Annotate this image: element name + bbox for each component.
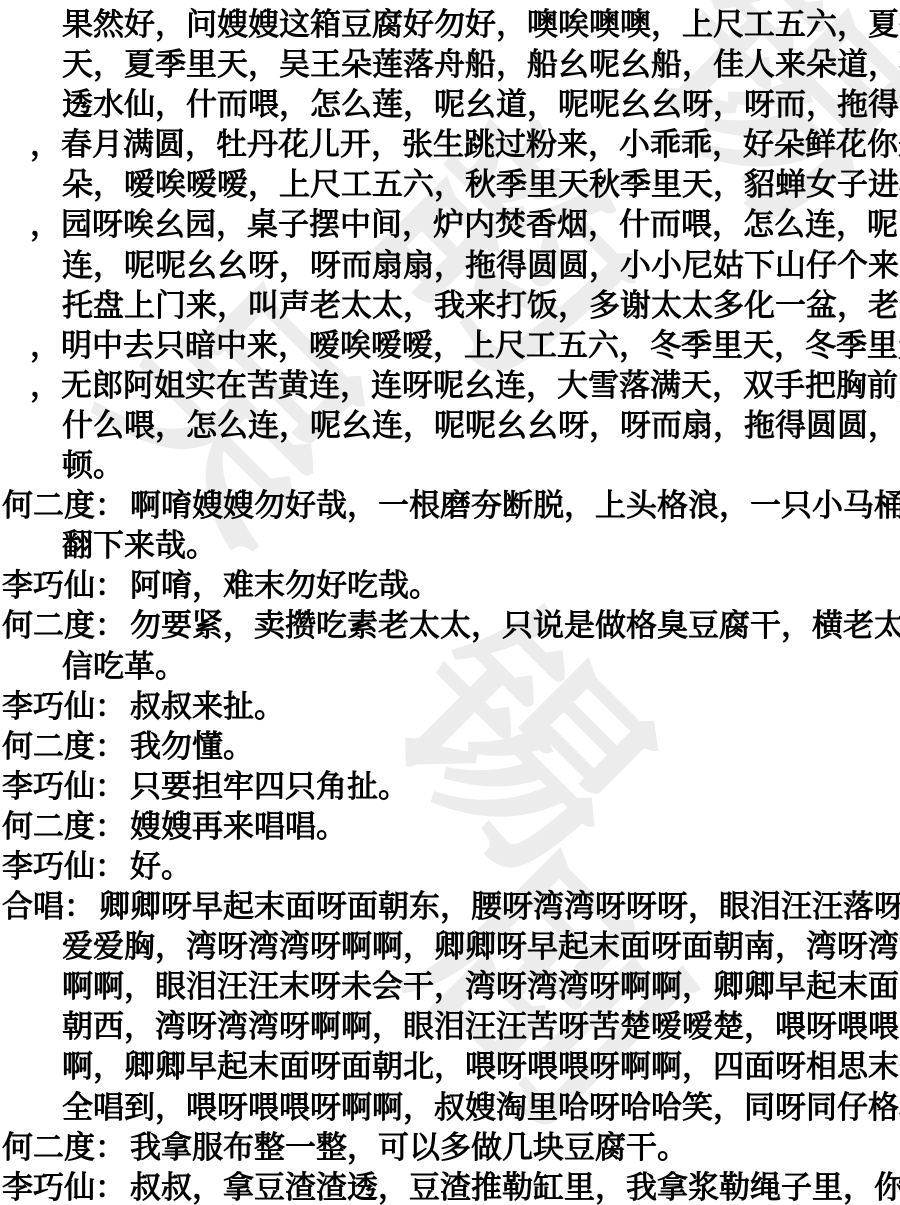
script-line: 连，呢呢幺幺呀，呀而扇扇，拖得圆圆，小小尼姑下山仔个来，手 bbox=[0, 246, 900, 286]
script-page: 吴韵锡锡剧 果然好，问嫂嫂这箱豆腐好勿好，噢唉噢噢，上尺工五六，夏季里天，夏季里… bbox=[0, 0, 900, 1205]
script-line: 合唱：卿卿呀早起末面呀面朝东，腰呀湾湾呀呀呀，眼泪汪汪落呀落在 bbox=[0, 887, 900, 927]
dialogue-text: 信吃革。 bbox=[62, 649, 186, 684]
speaker-name: 何二度： bbox=[2, 608, 126, 643]
script-line: 李巧仙：只要担牢四只角扯。 bbox=[0, 767, 900, 807]
dialogue-text: 全唱到，喂呀喂喂呀啊啊，叔嫂淘里哈呀哈哈笑，同呀同仔格老。 bbox=[62, 1090, 900, 1125]
dialogue-text: ，无郎阿姐实在苦黄连，连呀呢幺连，大雪落满天，双手把胸前， bbox=[30, 368, 900, 403]
script-body: 果然好，问嫂嫂这箱豆腐好勿好，噢唉噢噢，上尺工五六，夏季里天，夏季里天，吴王朵莲… bbox=[0, 0, 900, 1205]
dialogue-text: 我拿服布整一整，可以多做几块豆腐干。 bbox=[130, 1130, 688, 1165]
script-line: 何二度：我勿懂。 bbox=[0, 727, 900, 767]
dialogue-text: 朵，嗳唉嗳嗳，上尺工五六，秋季里天秋季里天，貂蝉女子进花园 bbox=[62, 167, 900, 202]
script-line: 顿。 bbox=[0, 446, 900, 486]
script-line: ，园呀唉幺园，桌子摆中间，炉内焚香烟，什而喂，怎么连，呢幺 bbox=[0, 205, 900, 245]
dialogue-text: 好。 bbox=[130, 849, 192, 884]
script-line: 托盘上门来，叫声老太太，我来打饭，多谢太太多化一盆，老太太 bbox=[0, 286, 900, 326]
dialogue-text: 卿卿呀早起末面呀面朝东，腰呀湾湾呀呀呀，眼泪汪汪落呀落在 bbox=[99, 889, 900, 924]
dialogue-text: 勿要紧，卖攒吃素老太太，只说是做格臭豆腐干，横老太太相 bbox=[130, 608, 900, 643]
dialogue-text: 爱爱胸，湾呀湾湾呀啊啊，卿卿呀早起末面呀面朝南，湾呀湾湾呀 bbox=[62, 929, 900, 964]
speaker-name: 何二度： bbox=[2, 809, 126, 844]
script-line: 何二度：嫂嫂再来唱唱。 bbox=[0, 807, 900, 847]
dialogue-text: 叔叔来扯。 bbox=[130, 689, 285, 724]
dialogue-text: 阿唷，难末勿好吃哉。 bbox=[130, 568, 440, 603]
dialogue-text: 翻下来哉。 bbox=[62, 528, 217, 563]
script-line: 李巧仙：阿唷，难末勿好吃哉。 bbox=[0, 566, 900, 606]
dialogue-text: 啊啊，眼泪汪汪末呀未会干，湾呀湾湾呀啊啊，卿卿早起末面呀面 bbox=[62, 969, 900, 1004]
script-line: 信吃革。 bbox=[0, 647, 900, 687]
script-line: 李巧仙：叔叔，拿豆渣渣透，豆渣推勒缸里，我拿浆勒绳子里，你来浆 bbox=[0, 1168, 900, 1205]
speaker-name: 李巧仙： bbox=[2, 689, 126, 724]
speaker-name: 何二度： bbox=[2, 488, 126, 523]
dialogue-text: ，园呀唉幺园，桌子摆中间，炉内焚香烟，什而喂，怎么连，呢幺 bbox=[30, 207, 900, 242]
script-line: 李巧仙：好。 bbox=[0, 847, 900, 887]
dialogue-text: 啊，卿卿早起末面呀面朝北，喂呀喂喂呀啊啊，四面呀相思末全呀 bbox=[62, 1049, 900, 1084]
dialogue-text: 天，夏季里天，吴王朵莲落舟船，船幺呢幺船，佳人来朵道，荷花 bbox=[62, 47, 900, 82]
script-line: 果然好，问嫂嫂这箱豆腐好勿好，噢唉噢噢，上尺工五六，夏季里 bbox=[0, 5, 900, 45]
dialogue-text: 朝西，湾呀湾湾呀啊啊，眼泪汪汪苦呀苦楚嗳嗳楚，喂呀喂喂呀啊 bbox=[62, 1009, 900, 1044]
script-line: 何二度：勿要紧，卖攒吃素老太太，只说是做格臭豆腐干，横老太太相 bbox=[0, 606, 900, 646]
speaker-name: 李巧仙： bbox=[2, 1170, 126, 1205]
dialogue-text: ，明中去只暗中来，嗳唉嗳嗳，上尺工五六，冬季里天，冬季里天 bbox=[30, 328, 900, 363]
dialogue-text: 果然好，问嫂嫂这箱豆腐好勿好，噢唉噢噢，上尺工五六，夏季里 bbox=[62, 7, 900, 42]
dialogue-text: 顿。 bbox=[62, 448, 124, 483]
script-line: 透水仙，什而喂，怎么莲，呢幺道，呢呢幺幺呀，呀而，拖得圆圆 bbox=[0, 85, 900, 125]
dialogue-text: 嫂嫂再来唱唱。 bbox=[130, 809, 347, 844]
script-line: 全唱到，喂呀喂喂呀啊啊，叔嫂淘里哈呀哈哈笑，同呀同仔格老。 bbox=[0, 1088, 900, 1128]
script-line: 朝西，湾呀湾湾呀啊啊，眼泪汪汪苦呀苦楚嗳嗳楚，喂呀喂喂呀啊 bbox=[0, 1007, 900, 1047]
dialogue-text: 我勿懂。 bbox=[130, 729, 254, 764]
speaker-name: 何二度： bbox=[2, 1130, 126, 1165]
dialogue-text: 什么喂，怎么连，呢幺连，呢呢幺幺呀，呀而扇，拖得圆圆，白翰 bbox=[62, 408, 900, 443]
script-line: 何二度：我拿服布整一整，可以多做几块豆腐干。 bbox=[0, 1128, 900, 1168]
dialogue-text: ，春月满圆，牡丹花儿开，张生跳过粉来，小乖乖，好朵鲜花你来 bbox=[30, 127, 900, 162]
script-line: ，明中去只暗中来，嗳唉嗳嗳，上尺工五六，冬季里天，冬季里天 bbox=[0, 326, 900, 366]
dialogue-text: 托盘上门来，叫声老太太，我来打饭，多谢太太多化一盆，老太太 bbox=[62, 288, 900, 323]
script-line: 什么喂，怎么连，呢幺连，呢呢幺幺呀，呀而扇，拖得圆圆，白翰 bbox=[0, 406, 900, 446]
speaker-name: 合唱： bbox=[2, 889, 95, 924]
script-line: 朵，嗳唉嗳嗳，上尺工五六，秋季里天秋季里天，貂蝉女子进花园 bbox=[0, 165, 900, 205]
dialogue-text: 透水仙，什而喂，怎么莲，呢幺道，呢呢幺幺呀，呀而，拖得圆圆 bbox=[62, 87, 900, 122]
script-line: 爱爱胸，湾呀湾湾呀啊啊，卿卿呀早起末面呀面朝南，湾呀湾湾呀 bbox=[0, 927, 900, 967]
dialogue-text: 啊唷嫂嫂勿好哉，一根磨夯断脱，上头格浪，一只小马桶，打 bbox=[130, 488, 900, 523]
script-line: ，无郎阿姐实在苦黄连，连呀呢幺连，大雪落满天，双手把胸前， bbox=[0, 366, 900, 406]
dialogue-text: 叔叔，拿豆渣渣透，豆渣推勒缸里，我拿浆勒绳子里，你来浆 bbox=[130, 1170, 900, 1205]
speaker-name: 李巧仙： bbox=[2, 568, 126, 603]
script-line: 啊啊，眼泪汪汪末呀未会干，湾呀湾湾呀啊啊，卿卿早起末面呀面 bbox=[0, 967, 900, 1007]
dialogue-text: 只要担牢四只角扯。 bbox=[130, 769, 409, 804]
script-line: ，春月满圆，牡丹花儿开，张生跳过粉来，小乖乖，好朵鲜花你来 bbox=[0, 125, 900, 165]
script-line: 天，夏季里天，吴王朵莲落舟船，船幺呢幺船，佳人来朵道，荷花 bbox=[0, 45, 900, 85]
script-line: 李巧仙：叔叔来扯。 bbox=[0, 687, 900, 727]
speaker-name: 何二度： bbox=[2, 729, 126, 764]
speaker-name: 李巧仙： bbox=[2, 849, 126, 884]
script-line: 翻下来哉。 bbox=[0, 526, 900, 566]
script-line: 啊，卿卿早起末面呀面朝北，喂呀喂喂呀啊啊，四面呀相思末全呀 bbox=[0, 1047, 900, 1087]
dialogue-text: 连，呢呢幺幺呀，呀而扇扇，拖得圆圆，小小尼姑下山仔个来，手 bbox=[62, 248, 900, 283]
script-line: 何二度：啊唷嫂嫂勿好哉，一根磨夯断脱，上头格浪，一只小马桶，打 bbox=[0, 486, 900, 526]
speaker-name: 李巧仙： bbox=[2, 769, 126, 804]
